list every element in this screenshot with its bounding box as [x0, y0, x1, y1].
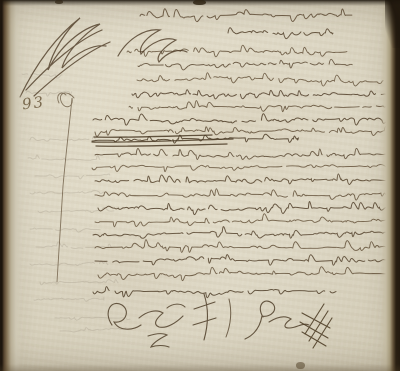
bleed-line — [55, 317, 130, 320]
text-line — [98, 201, 392, 214]
bleed-line — [30, 137, 96, 141]
text-line — [98, 267, 391, 281]
signature-cross-mark — [193, 294, 216, 340]
ink-speck — [193, 0, 206, 5]
strike-line — [96, 144, 227, 146]
text-line — [95, 255, 389, 266]
page-right-edge-shadow — [385, 0, 400, 48]
text-line — [95, 127, 391, 137]
text-line — [95, 189, 391, 200]
bleed-through-text — [22, 74, 130, 332]
manuscript-text-lines — [92, 9, 394, 298]
bleed-line — [30, 228, 100, 232]
margin-pen-stroke — [57, 93, 74, 282]
ink-speck — [296, 362, 305, 369]
page-right-edge — [380, 0, 400, 371]
bleed-line — [30, 190, 105, 194]
text-line — [140, 9, 352, 22]
text-line — [129, 101, 390, 112]
bleed-line — [22, 74, 67, 78]
handwriting-layer — [0, 0, 400, 371]
signature-right — [245, 301, 309, 339]
bleed-line — [35, 174, 110, 179]
bleed-line — [38, 208, 119, 213]
text-line — [93, 114, 394, 125]
bleed-line — [60, 328, 126, 332]
page-bottom-edge — [0, 364, 400, 371]
text-line — [95, 148, 391, 159]
strike-line — [94, 135, 212, 137]
text-line — [93, 287, 336, 298]
bleed-line — [28, 155, 100, 160]
bleed-line — [40, 280, 118, 285]
text-line — [95, 240, 386, 253]
ink-speck — [55, 0, 63, 4]
top-left-flourish — [20, 18, 187, 97]
folio-number: 93 — [21, 93, 46, 114]
text-line — [92, 165, 390, 172]
text-line — [228, 28, 337, 39]
bleed-line — [34, 298, 104, 302]
text-line — [132, 90, 393, 99]
text-line — [95, 214, 390, 227]
manuscript-photo: 93 — [0, 0, 400, 371]
notary-rubric-hatch — [300, 304, 332, 348]
text-line — [137, 73, 383, 86]
signature-left — [108, 303, 185, 347]
text-line — [127, 45, 347, 57]
signature-pen-stroke — [226, 299, 231, 337]
text-line — [138, 59, 352, 70]
text-line — [93, 227, 389, 239]
flourishes-and-signatures — [20, 18, 332, 348]
binding-gutter-edge — [0, 0, 22, 371]
text-line — [95, 174, 386, 185]
